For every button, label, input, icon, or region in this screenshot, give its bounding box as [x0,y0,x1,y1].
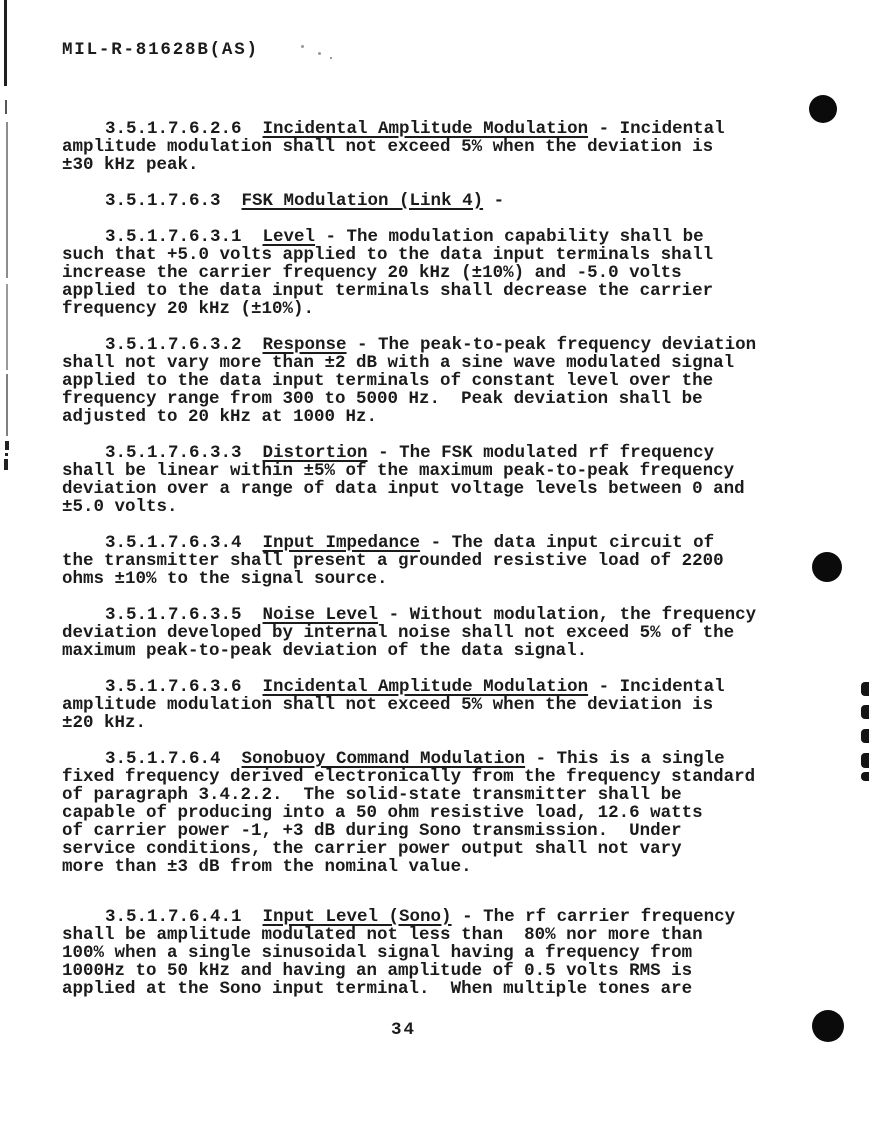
paragraph-number: 3.5.1.7.6.3 [105,191,242,211]
section-title: Distortion [263,443,368,463]
left-edge-scan-line [6,122,8,278]
section-title: Input Impedance [263,533,421,553]
section-title: Noise Level [263,605,379,625]
section-title: Incidental Amplitude Modulation [263,677,589,697]
scan-speck [318,52,321,55]
paragraph-number: 3.5.1.7.6.3.4 [105,533,263,553]
paragraph: 3.5.1.7.6.3.4 Input Impedance - The data… [62,534,788,588]
paragraph-number: 3.5.1.7.6.3.5 [105,605,263,625]
punch-hole-mark-bottom [812,1010,844,1042]
right-edge-scan-dash [861,682,869,696]
punch-hole-mark-top [809,95,837,123]
paragraph: 3.5.1.7.6.3.3 Distortion - The FSK modul… [62,444,788,516]
paragraph: 3.5.1.7.6.3.1 Level - The modulation cap… [62,228,788,318]
paragraph-number: 3.5.1.7.6.3.2 [105,335,263,355]
section-title: Sonobuoy Command Modulation [242,749,526,769]
left-edge-scan-mark [4,459,8,470]
right-edge-scan-dash [861,753,869,768]
document-id: MIL-R-81628B(AS) [62,40,259,60]
section-title: Incidental Amplitude Modulation [263,119,589,139]
paragraph-number: 3.5.1.7.6.3.3 [105,443,263,463]
section-title: FSK Modulation (Link 4) [242,191,484,211]
scanned-document-page: MIL-R-81628B(AS) 3.5.1.7.6.2.6 Incidenta… [0,0,873,1128]
paragraph-number: 3.5.1.7.6.3.1 [105,227,263,247]
left-edge-scan-line [5,100,7,114]
section-title: Level [263,227,316,247]
paragraph: 3.5.1.7.6.3.6 Incidental Amplitude Modul… [62,678,788,732]
scan-speck [301,45,304,48]
right-edge-scan-dash [861,772,869,781]
paragraph-number: 3.5.1.7.6.2.6 [105,119,263,139]
paragraph: 3.5.1.7.6.3.5 Noise Level - Without modu… [62,606,788,660]
paragraph: 3.5.1.7.6.4 Sonobuoy Command Modulation … [62,750,788,876]
paragraph: 3.5.1.7.6.3 FSK Modulation (Link 4) - [62,192,788,210]
left-edge-scan-line [6,284,8,370]
punch-hole-mark-middle [812,552,842,582]
paragraph: 3.5.1.7.6.3.2 Response - The peak-to-pea… [62,336,788,426]
scan-speck [330,57,332,59]
right-edge-scan-dash [861,729,869,743]
page-number: 34 [391,1020,416,1040]
paragraph-text: - This is a single fixed frequency deriv… [62,749,755,877]
section-title: Input Level (Sono) [263,907,452,927]
left-edge-scan-mark [5,453,8,456]
left-edge-scan-line [6,374,8,436]
paragraph: 3.5.1.7.6.4.1 Input Level (Sono) - The r… [62,908,788,998]
paragraph-number: 3.5.1.7.6.4 [105,749,242,769]
left-edge-scan-line [4,0,7,86]
section-title: Response [263,335,347,355]
paragraph-number: 3.5.1.7.6.3.6 [105,677,263,697]
right-edge-scan-dash [861,705,869,719]
document-body: 3.5.1.7.6.2.6 Incidental Amplitude Modul… [62,120,788,1016]
paragraph-number: 3.5.1.7.6.4.1 [105,907,263,927]
left-edge-scan-mark [5,441,9,450]
paragraph-text: - [483,191,504,211]
paragraph: 3.5.1.7.6.2.6 Incidental Amplitude Modul… [62,120,788,174]
